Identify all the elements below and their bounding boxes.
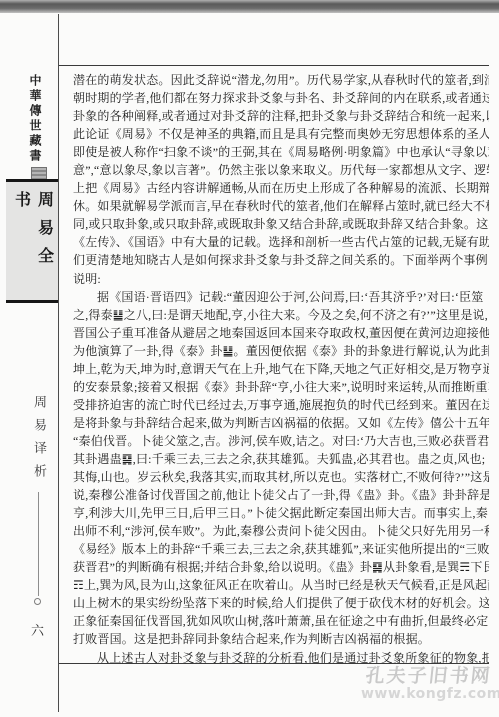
- folio-circle-decoration: [34, 598, 41, 605]
- text-line: 上把《周易》古经内容讲解通畅,从而在历史上形成了各种解易的流派、长期辩论不: [73, 179, 477, 197]
- text-line: 休。如果就解易学派而言,早在春秋时代的筮者,他们在解释占筮时,就已经大不相: [73, 197, 477, 215]
- text-line: 同,或只取卦象,或只取卦辞,或既取卦象又结合卦辞,或既取卦辞又结合卦象。这在: [73, 215, 477, 233]
- text-line: 卦象的各种阐释,或者通过对卦爻辞的注释,把卦爻象与卦爻辞结合和统一起来,以: [73, 107, 477, 125]
- scan-edge: [0, 0, 499, 13]
- text-line: 《易经》版本上的卦辞“千乘三去,三去之余,获其雄狐”,来证实他所提出的“三败必: [73, 540, 477, 558]
- text-line: 是将卦象与卦辞结合起来,做为判断吉凶祸福的依据。又如《左传》僖公十五年记载:: [73, 414, 477, 432]
- text-line: 之,得泰䷊之八,曰:是谓天地配,亨,小往大来。今及之矣,何不济之有?’”这里是说…: [73, 306, 477, 324]
- text-line: 从上述古人对卦爻象与卦爻辞的分析看,他们是通过卦爻象所象征的物象,把: [73, 649, 477, 665]
- text-line: 获晋君”的判断确有根据;并结合卦象,给以说明。《蛊》卦䷑从卦象看,是巽☴下艮: [73, 558, 477, 576]
- section-title: 周易译析: [30, 395, 49, 487]
- text-line: 受排挤迫害的流亡时代已经过去,万事亨通,施展抱负的时代已经到来。董因在这里: [73, 396, 477, 414]
- text-line: 山上树木的果实纷纷坠落下来的时候,给人们提供了便于砍伐木材的好机会。这也: [73, 594, 477, 612]
- watermark-site-name: 孔夫子旧书网: [360, 667, 497, 688]
- text-line: 正象征秦国征伐晋国,犹如风吹山树,落叶萧萧,虽在征途之中有曲折,但最终必定能: [73, 612, 477, 630]
- page-number: 六: [31, 620, 46, 639]
- text-line: ☶上,巽为风,艮为山,这象征风正在吹着山。从当时已经是秋天气候看,正是风起而: [73, 576, 477, 594]
- series-title: 中華傳世藏書: [27, 74, 44, 174]
- text-line: 潜在的萌发状态。因此爻辞说“潜龙,勿用”。历代易学家,从春秋时代的筮者,到清: [73, 71, 477, 89]
- text-line: 其卦遇蛊䷑,曰:千乘三去,三去之余,获其雄狐。夫狐蛊,必其君也。蛊之贞,风也;: [73, 450, 477, 468]
- text-frame: 潜在的萌发状态。因此爻辞说“潜龙,勿用”。历代易学家,从春秋时代的筮者,到清 朝…: [59, 65, 489, 664]
- text-line: 晋国公子重耳准备从避居之地秦国返回本国来夺取政权,董因便在黄河边迎接他,并: [73, 324, 477, 342]
- text-line: 打败晋国。这是把卦辞同卦象结合起来,作为判断吉凶祸福的根据。: [73, 630, 477, 648]
- text-line: 此论证《周易》不仅是神圣的典籍,而且是具有完整而奥妙无穷思想体系的圣人之书。: [73, 125, 477, 143]
- text-line: 为他演算了一卦,得《泰》卦䷊。董因便依据《泰》卦的卦象进行解说,认为此卦乾下: [73, 342, 477, 360]
- text-line: 即使是被人称作“扫象不谈”的王弼,其在《周易略例·明象篇》中也承认“寻象以观: [73, 143, 477, 161]
- text-line: 朝时期的学者,他们都在努力探求卦爻象与卦名、卦爻辞间的内在联系,或者通过对: [73, 89, 477, 107]
- text-line: “秦伯伐晋。卜徒父筮之,吉。涉河,侯车败,诘之。对曰:‘乃大吉也,三败必获晋君。: [73, 432, 477, 450]
- text-line: 坤上,乾为天,坤为时,意谓天气在上升,地气在下降,天地之气正好相交,是万物亨通: [73, 360, 477, 378]
- book-title-box: 周易全书: [6, 179, 59, 303]
- folio-line-decoration: [38, 492, 39, 596]
- text-line: 其悔,山也。岁云秋矣,我落其实,而取其材,所以克也。实落材亡,不败何待?’”这是: [73, 468, 477, 486]
- text-line: 说明:: [73, 270, 477, 288]
- text-line: 出师不利,“涉河,侯车败”。为此,秦穆公责问卜徒父因由。卜徒父只好先用另一种: [73, 522, 477, 540]
- book-title: 周易全书: [10, 191, 56, 300]
- text-line: 亨,利涉大川,先甲三日,后甲三日。”卜徒父据此断定秦国出师大吉。而事实上,秦国: [73, 504, 477, 522]
- text-line: 《左传》、《国语》中有大量的记载。选择和剖析一些古代占筮的记载,无疑有助于我: [73, 233, 477, 251]
- watermark-site-url: www.kongfz.com: [361, 687, 496, 702]
- text-line: 说,秦穆公准备讨伐晋国之前,他让卜徒父占了一卦,得《蛊》卦。《蛊》卦卦辞是“元: [73, 486, 477, 504]
- book-page: 中華傳世藏書 周易全书 周易译析 六 潜在的萌发状态。因此爻辞说“潜龙,勿用”。…: [0, 0, 499, 717]
- text-line: 们更清楚地知晓古人是如何探求卦爻象与卦爻辞之间关系的。下面举两个事例: [73, 251, 477, 269]
- text-line: 据《国语·晋语四》记载:“董因迎公于河,公问焉,曰:‘吾其济乎?’对曰:‘臣筮: [73, 288, 477, 306]
- text-body: 潜在的萌发状态。因此爻辞说“潜龙,勿用”。历代易学家,从春秋时代的筮者,到清 朝…: [73, 71, 477, 664]
- text-line: 意”,“意以象尽,象以言著”。仍然主张以象来取义。历代每一家都想从文字、逻辑: [73, 161, 477, 179]
- text-line: 的安泰景象;接着又根据《泰》卦卦辞“亨,小往大来”,说明时来运转,从而推断重耳: [73, 378, 477, 396]
- watermark: 孔夫子旧书网 www.kongfz.com: [361, 667, 496, 702]
